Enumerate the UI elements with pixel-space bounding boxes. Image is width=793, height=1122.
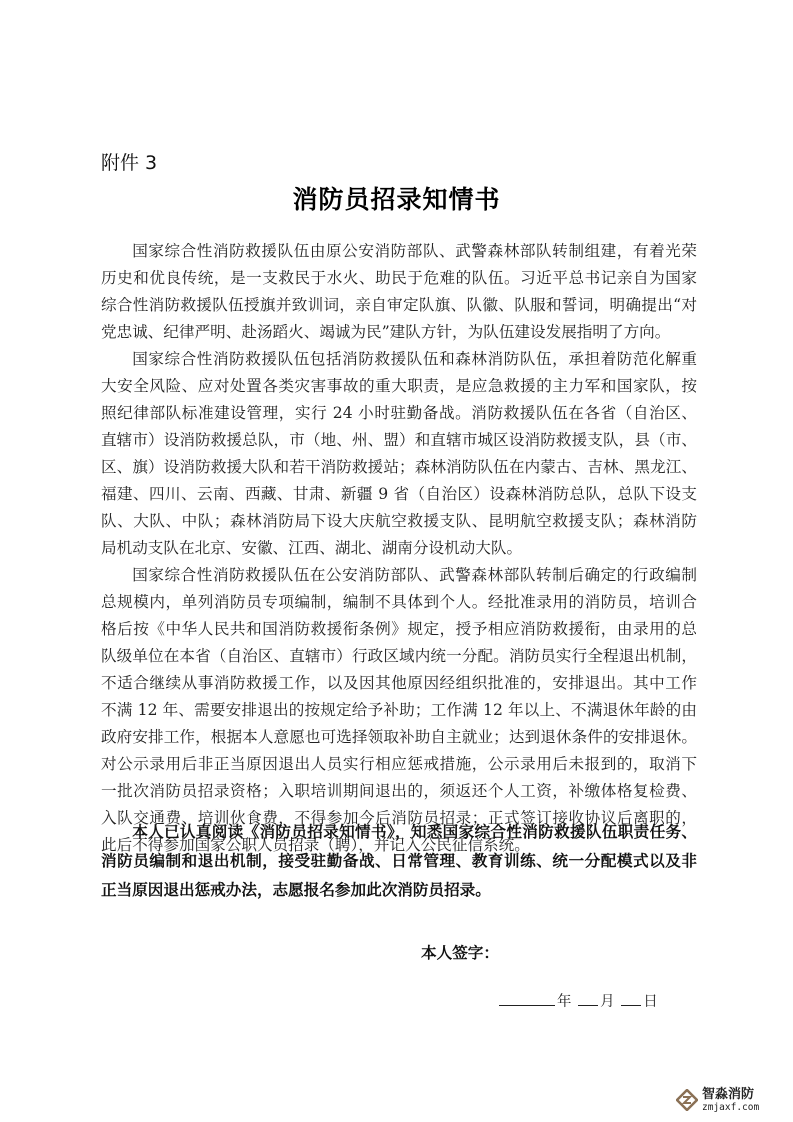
watermark-url: zmjaxf.com [702, 1103, 759, 1113]
text-line: 对公示录用后非正当原因退出人员实行相应惩戒措施，公示录用后未报到的，取消下 [101, 751, 697, 778]
text-line: 直辖市）设消防救援总队，市（地、州、盟）和直辖市城区设消防救援支队，县（市、 [101, 427, 697, 454]
text-line: 总规模内，单列消防员专项编制，编制不具体到个人。经批准录用的消防员，培训合 [101, 589, 697, 616]
zm-logo-icon [676, 1089, 698, 1111]
text-line: 党忠诚、纪律严明、赴汤蹈火、竭诚为民”建队方针，为队伍建设发展指明了方向。 [101, 319, 697, 346]
day-label: 日 [643, 994, 658, 1010]
text-line: 不满 12 年、需要安排退出的按规定给予补助；工作满 12 年以上、不满退休年龄… [101, 697, 697, 724]
declaration-line: 消防员编制和退出机制，接受驻勤备战、日常管理、教育训练、统一分配模式以及非 [101, 847, 697, 876]
declaration: 本人已认真阅读《消防员招录知情书》，知悉国家综合性消防救援队伍职责任务、 消防员… [101, 818, 697, 905]
text-line: 国家综合性消防救援队伍由原公安消防部队、武警森林部队转制组建，有着光荣 [101, 238, 697, 265]
declaration-line: 正当原因退出惩戒办法，志愿报名参加此次消防员招录。 [101, 876, 697, 905]
document-title: 消防员招录知情书 [0, 180, 793, 216]
month-label: 月 [600, 994, 615, 1010]
text-line: 福建、四川、云南、西藏、甘肃、新疆 9 省（自治区）设森林消防总队，总队下设支 [101, 481, 697, 508]
text-line: 国家综合性消防救援队伍包括消防救援队伍和森林消防队伍，承担着防范化解重 [101, 346, 697, 373]
paragraph-1: 国家综合性消防救援队伍由原公安消防部队、武警森林部队转制组建，有着光荣 历史和优… [101, 238, 697, 346]
text-line: 区、旗）设消防救援大队和若干消防救援站；森林消防队伍在内蒙古、吉林、黑龙江、 [101, 454, 697, 481]
text-line: 队级单位在本省（自治区、直辖市）行政区域内统一分配。消防员实行全程退出机制， [101, 643, 697, 670]
text-line: 国家综合性消防救援队伍在公安消防部队、武警森林部队转制后确定的行政编制 [101, 562, 697, 589]
day-blank[interactable] [621, 1004, 641, 1006]
text-line: 综合性消防救援队伍授旗并致训词，亲自审定队旗、队徽、队服和誓词，明确提出“对 [101, 292, 697, 319]
paragraph-3: 国家综合性消防救援队伍在公安消防部队、武警森林部队转制后确定的行政编制 总规模内… [101, 562, 697, 859]
year-label: 年 [557, 994, 572, 1010]
signature-label: 本人签字： [421, 941, 499, 963]
paragraph-2: 国家综合性消防救援队伍包括消防救援队伍和森林消防队伍，承担着防范化解重 大安全风… [101, 346, 697, 562]
watermark: 智淼消防 zmjaxf.com [676, 1088, 759, 1113]
date-line: 年 月 日 [497, 990, 658, 1011]
text-line: 局机动支队在北京、安徽、江西、湖北、湖南分设机动大队。 [101, 535, 697, 562]
text-line: 队、大队、中队；森林消防局下设大庆航空救援支队、昆明航空救援支队；森林消防 [101, 508, 697, 535]
document-body: 国家综合性消防救援队伍由原公安消防部队、武警森林部队转制组建，有着光荣 历史和优… [101, 238, 697, 859]
year-blank[interactable] [499, 1004, 555, 1006]
attachment-label: 附件 3 [101, 148, 157, 175]
text-line: 大安全风险、应对处置各类灾害事故的重大职责，是应急救援的主力军和国家队，按 [101, 373, 697, 400]
text-line: 一批次消防员招录资格；入职培训期间退出的，须返还个人工资，补缴体格复检费、 [101, 778, 697, 805]
text-line: 政府安排工作，根据本人意愿也可选择领取补助自主就业；达到退休条件的安排退休。 [101, 724, 697, 751]
text-line: 历史和优良传统，是一支救民于水火、助民于危难的队伍。习近平总书记亲自为国家 [101, 265, 697, 292]
text-line: 照纪律部队标准建设管理，实行 24 小时驻勤备战。消防救援队伍在各省（自治区、 [101, 400, 697, 427]
watermark-name: 智淼消防 [702, 1088, 759, 1101]
text-line: 格后按《中华人民共和国消防救援衔条例》规定，授予相应消防救援衔，由录用的总 [101, 616, 697, 643]
month-blank[interactable] [578, 1004, 598, 1006]
declaration-line: 本人已认真阅读《消防员招录知情书》，知悉国家综合性消防救援队伍职责任务、 [101, 818, 697, 847]
text-line: 不适合继续从事消防救援工作，以及因其他原因经组织批准的，安排退出。其中工作 [101, 670, 697, 697]
